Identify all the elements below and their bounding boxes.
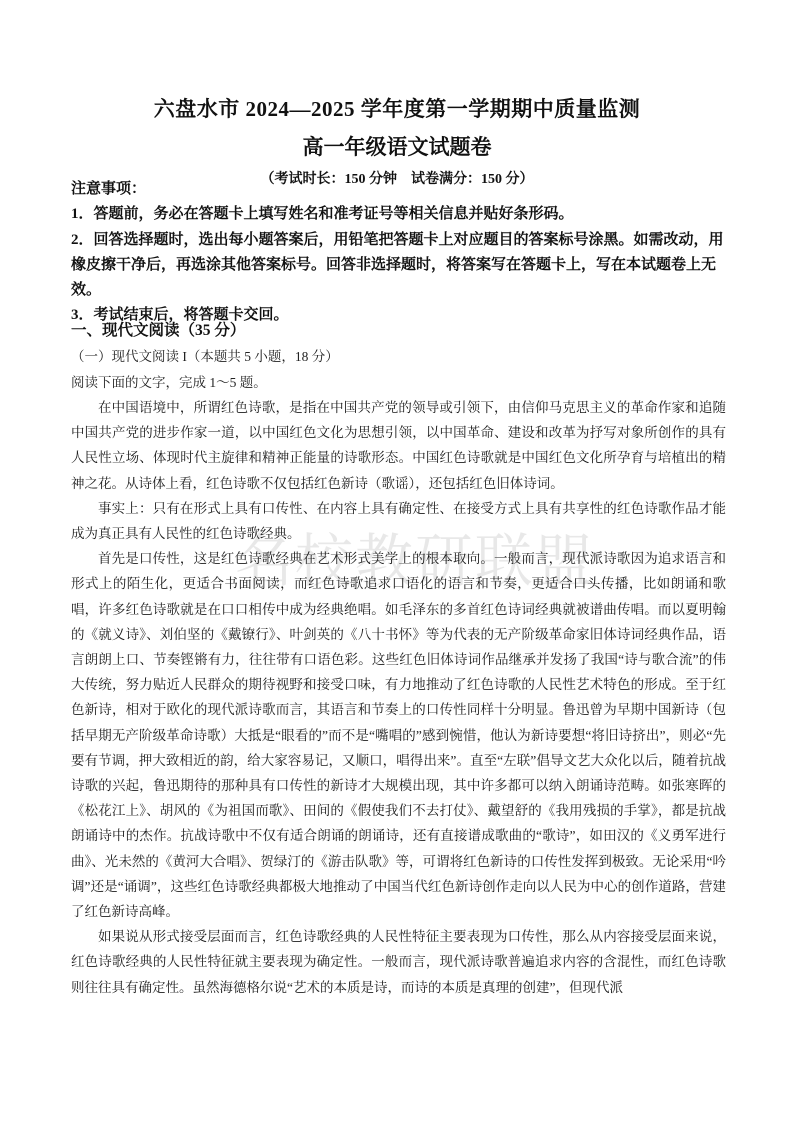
notice-item-2: 2．回答选择题时，选出每小题答案后，用铅笔把答题卡上对应题目的答案标号涂黑。如需… — [71, 228, 726, 304]
reading-instruction: 阅读下面的文字，完成 1～5 题。 — [71, 370, 726, 396]
section-subheading: （一）现代文阅读 I（本题共 5 小题，18 分） — [71, 344, 726, 370]
notice-section: 注意事项： 1．答题前，务必在答题卡上填写姓名和准考证号等相关信息并贴好条形码。… — [71, 177, 726, 329]
exam-title: 六盘水市 2024—2025 学年度第一学期期中质量监测 — [0, 93, 794, 123]
passage-paragraph-2: 事实上：只有在形式上具有口传性、在内容上具有确定性、在接受方式上具有共享性的红色… — [71, 496, 726, 546]
section-heading: 一、现代文阅读（35 分） — [71, 318, 726, 344]
reading-passage: 在中国语境中，所谓红色诗歌，是指在中国共产党的领导或引领下，由信仰马克思主义的革… — [71, 395, 726, 1000]
exam-page: 名校教研联盟 六盘水市 2024—2025 学年度第一学期期中质量监测 高一年级… — [0, 0, 794, 1123]
passage-paragraph-3: 首先是口传性，这是红色诗歌经典在艺术形式美学上的根本取向。一般而言，现代派诗歌因… — [71, 546, 726, 924]
notice-heading: 注意事项： — [71, 177, 726, 202]
passage-paragraph-1: 在中国语境中，所谓红色诗歌，是指在中国共产党的领导或引领下，由信仰马克思主义的革… — [71, 395, 726, 496]
exam-subject-title: 高一年级语文试题卷 — [0, 131, 794, 161]
notice-item-1: 1．答题前，务必在答题卡上填写姓名和准考证号等相关信息并贴好条形码。 — [71, 202, 726, 227]
passage-paragraph-4: 如果说从形式接受层面而言，红色诗歌经典的人民性特征主要表现为口传性，那么从内容接… — [71, 924, 726, 1000]
